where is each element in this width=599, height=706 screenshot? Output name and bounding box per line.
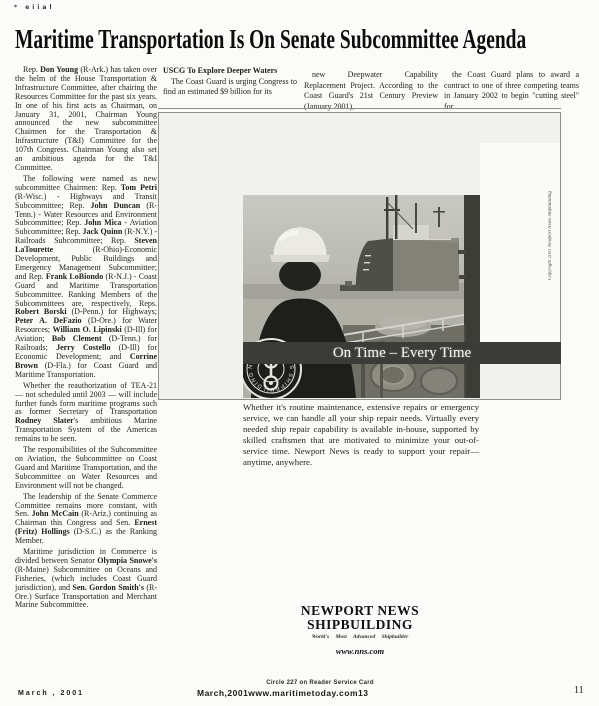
paragraph: The responsibilities of the Subcommittee… (15, 446, 157, 491)
article-column-2: USCG To Explore Deeper Waters The Coast … (163, 66, 297, 100)
paragraph: new Deepwater Capability Replacement Pro… (304, 70, 438, 112)
paragraph: Maritime jurisdiction in Commerce is div… (15, 548, 157, 610)
ad-logo-name-line2: SHIPBUILDING (270, 618, 450, 632)
page-number: 11 (574, 685, 584, 696)
paragraph: Whether the reauthorization of TEA-21 — … (15, 382, 157, 444)
magazine-page: * eiial Maritime Transportation Is On Se… (0, 0, 599, 706)
reader-service-note: Circle 227 on Reader Service Card (230, 680, 410, 686)
page-top-mark: * eiial (14, 4, 55, 11)
ad-body-text: Whether it's routine maintenance, extens… (243, 402, 479, 468)
ad-logo-block: NEWPORT NEWS SHIPBUILDING World's Most A… (270, 604, 450, 656)
ad-logo-tagline: World's Most Advanced Shipbuilder (270, 634, 450, 640)
ad-website: www.nns.com (270, 646, 450, 656)
article-title: Maritime Transportation Is On Senate Sub… (15, 24, 526, 55)
paragraph: The following were named as new subcommi… (15, 175, 157, 380)
paragraph: The Coast Guard is urging Congress to fi… (163, 77, 297, 98)
footer-center-text: March,2001www.maritimetoday.com13 (197, 688, 368, 698)
paragraph: The leadership of the Senate Commerce Co… (15, 493, 157, 546)
shipyard-photo: NEWPORT NEWS SHIPBUILDING (243, 195, 480, 398)
footer-issue-date: March , 2001 (18, 690, 84, 697)
ad-logo-name-line1: NEWPORT NEWS (270, 604, 450, 618)
section-heading: USCG To Explore Deeper Waters (163, 66, 297, 77)
ad-banner: On Time – Every Time (243, 342, 561, 364)
ad-copyright-vertical: Copyright 2001 Newport News Shipbuilding (548, 150, 553, 280)
paragraph: Rep. Don Young (R-Ark.) has taken over t… (15, 66, 157, 173)
article-column-1: Rep. Don Young (R-Ark.) has taken over t… (15, 66, 157, 680)
paragraph: the Coast Guard plans to award a contrac… (444, 70, 579, 112)
